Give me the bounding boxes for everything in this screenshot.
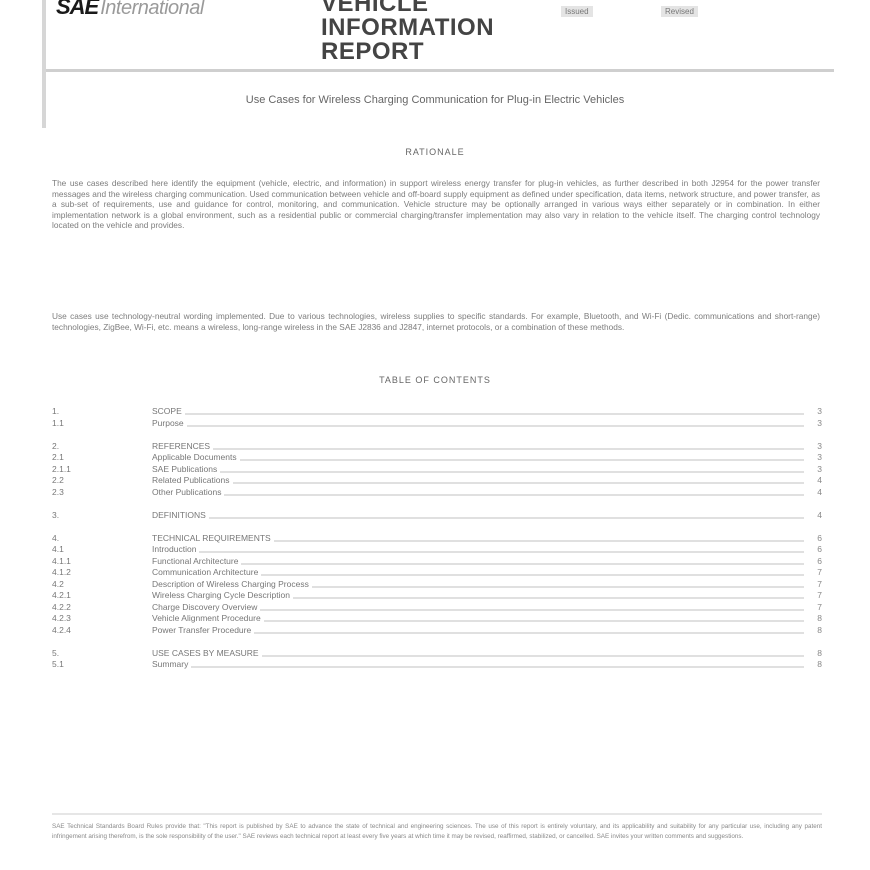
toc-page: 7 [812,590,822,600]
toc-title: Wireless Charging Cycle Description [152,590,293,600]
toc-entry[interactable]: 4.2.4Power Transfer Procedure8 [52,625,822,637]
toc-entry[interactable]: 4.1Introduction6 [52,544,822,556]
toc-entry[interactable]: 2.1Applicable Documents3 [52,452,822,464]
toc-number: 3. [52,510,59,520]
sae-logo: SAE International [56,0,204,20]
toc-page: 3 [812,441,822,451]
toc-page: 8 [812,625,822,635]
toc-spacer [52,498,822,510]
toc-page: 3 [812,452,822,462]
toc-leader [152,425,804,427]
toc-page: 4 [812,475,822,485]
toc-title: Description of Wireless Charging Process [152,579,312,589]
toc-leader [152,448,804,450]
footer-notice: SAE Technical Standards Board Rules prov… [52,822,822,842]
toc-number: 1.1 [52,418,64,428]
toc-entry[interactable]: 1.SCOPE3 [52,406,822,418]
toc-leader [152,551,804,553]
toc-title: Purpose [152,418,187,428]
toc-spacer [52,429,822,441]
toc-title: Functional Architecture [152,556,241,566]
toc-title: Power Transfer Procedure [152,625,254,635]
toc-entry[interactable]: 2.REFERENCES3 [52,441,822,453]
toc-number: 4.1.2 [52,567,71,577]
toc-title: SAE Publications [152,464,220,474]
toc-entry[interactable]: 4.1.1Functional Architecture6 [52,556,822,568]
toc-number: 4.2.4 [52,625,71,635]
toc-page: 7 [812,602,822,612]
rationale-paragraph: Use cases use technology-neutral wording… [52,311,820,332]
toc-number: 4. [52,533,59,543]
toc-page: 8 [812,613,822,623]
toc-entry[interactable]: 5.USE CASES BY MEASURE8 [52,648,822,660]
doc-type-line: INFORMATION [321,16,494,40]
toc-title: Other Publications [152,487,224,497]
revised-label: Revised [661,6,698,17]
toc-leader [152,563,804,565]
footer-divider [52,813,822,815]
toc-number: 5.1 [52,659,64,669]
toc-number: 1. [52,406,59,416]
toc-number: 2. [52,441,59,451]
toc-entry[interactable]: 4.2.1Wireless Charging Cycle Description… [52,590,822,602]
toc-number: 4.1 [52,544,64,554]
document-header: SAE International VEHICLE INFORMATION RE… [46,0,836,70]
toc-page: 3 [812,418,822,428]
toc-entry[interactable]: 2.1.1SAE Publications3 [52,464,822,476]
doc-type-line: REPORT [321,40,494,64]
toc-leader [152,482,804,484]
toc-title: Related Publications [152,475,233,485]
toc-entry[interactable]: 1.1Purpose3 [52,418,822,430]
toc-page: 7 [812,567,822,577]
toc-leader [152,666,804,668]
toc-spacer [52,521,822,533]
toc-page: 8 [812,659,822,669]
toc-number: 2.1.1 [52,464,71,474]
toc-number: 4.1.1 [52,556,71,566]
toc-leader [152,459,804,461]
toc-number: 2.3 [52,487,64,497]
toc-spacer [52,636,822,648]
toc-title: TECHNICAL REQUIREMENTS [152,533,274,543]
toc-leader [152,517,804,519]
toc-number: 2.2 [52,475,64,485]
rationale-paragraph: The use cases described here identify th… [52,178,820,231]
toc-title: Charge Discovery Overview [152,602,260,612]
toc-number: 5. [52,648,59,658]
toc-leader [152,413,804,415]
rationale-heading: RATIONALE [0,147,870,157]
toc-title: DEFINITIONS [152,510,209,520]
issued-label: Issued [561,6,593,17]
toc-page: 3 [812,406,822,416]
toc-page: 6 [812,533,822,543]
toc-leader [152,494,804,496]
toc-title: Communication Architecture [152,567,261,577]
toc-title: Applicable Documents [152,452,240,462]
logo-mark: SAE [56,0,98,20]
toc-number: 4.2.2 [52,602,71,612]
toc-entry[interactable]: 2.3Other Publications4 [52,487,822,499]
document-title: Use Cases for Wireless Charging Communic… [0,94,870,106]
toc-page: 7 [812,579,822,589]
toc-page: 4 [812,510,822,520]
toc-entry[interactable]: 4.1.2Communication Architecture7 [52,567,822,579]
logo-text: International [100,0,204,20]
toc-entry[interactable]: 2.2Related Publications4 [52,475,822,487]
toc-title: SCOPE [152,406,185,416]
toc-entry[interactable]: 4.TECHNICAL REQUIREMENTS6 [52,533,822,545]
toc-entry[interactable]: 4.2.3Vehicle Alignment Procedure8 [52,613,822,625]
toc-entry[interactable]: 3.DEFINITIONS4 [52,510,822,522]
toc-entry[interactable]: 5.1Summary8 [52,659,822,671]
toc-entry[interactable]: 4.2.2Charge Discovery Overview7 [52,602,822,614]
toc-page: 4 [812,487,822,497]
toc-number: 2.1 [52,452,64,462]
toc-title: REFERENCES [152,441,213,451]
toc-heading: TABLE OF CONTENTS [0,375,870,385]
toc-title: USE CASES BY MEASURE [152,648,262,658]
document-type: VEHICLE INFORMATION REPORT [321,0,494,64]
toc-number: 4.2.1 [52,590,71,600]
toc-page: 3 [812,464,822,474]
toc-title: Summary [152,659,191,669]
header-divider [46,69,834,72]
toc-page: 6 [812,544,822,554]
toc-page: 6 [812,556,822,566]
toc-title: Introduction [152,544,199,554]
table-of-contents: 1.SCOPE31.1Purpose32.REFERENCES32.1Appli… [52,406,822,671]
toc-page: 8 [812,648,822,658]
toc-leader [152,471,804,473]
toc-number: 4.2 [52,579,64,589]
toc-number: 4.2.3 [52,613,71,623]
toc-title: Vehicle Alignment Procedure [152,613,264,623]
toc-entry[interactable]: 4.2Description of Wireless Charging Proc… [52,579,822,591]
